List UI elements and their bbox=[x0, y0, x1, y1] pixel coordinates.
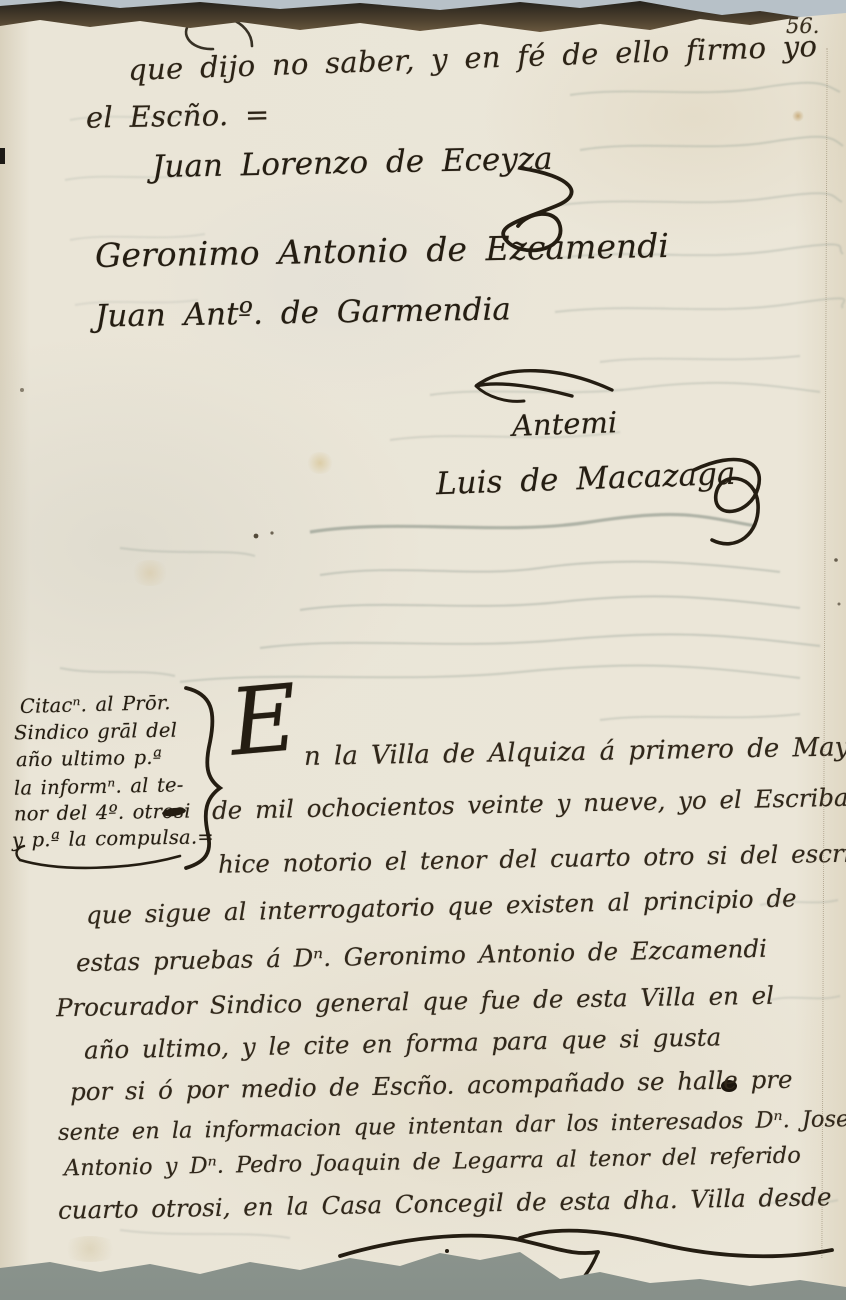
body-line: cuarto otrosi, en la Casa Concegil de es… bbox=[58, 1183, 832, 1225]
signature-ezcamendi: Geronimo Antonio de Ezcamendi bbox=[95, 227, 669, 275]
body-line: de mil ochocientos veinte y nueve, yo el… bbox=[212, 783, 846, 825]
notary-signature: Luis de Macazaga bbox=[435, 457, 736, 503]
body-line: n la Villa de Alquiza á primero de Mayo bbox=[304, 733, 846, 773]
opening-line: el Escño. = bbox=[86, 98, 270, 135]
signature-garmendia: Juan Antº. de Garmendia bbox=[95, 292, 511, 335]
margin-note-line: la informⁿ. al te- bbox=[14, 774, 184, 800]
ante-mi-label: Antemi bbox=[511, 406, 617, 443]
opening-line: que dijo no saber, y en fé de ello firmo… bbox=[128, 30, 818, 87]
margin-note-line: año ultimo p.ª bbox=[16, 747, 163, 772]
body-line: por si ó por medio de Escño. acompañado … bbox=[70, 1066, 793, 1107]
body-line: sente en la informacion que intentan dar… bbox=[58, 1107, 846, 1147]
body-line: año ultimo, y le cite en forma para que … bbox=[84, 1023, 722, 1065]
body-line: que sigue al interrogatorio que existen … bbox=[86, 884, 797, 930]
margin-note-line: nor del 4º. otrosi bbox=[14, 800, 191, 826]
document-page: 56. que dijo no saber, y en fé de ello f… bbox=[0, 0, 846, 1300]
paper-stain bbox=[792, 110, 804, 122]
paper-stain bbox=[306, 452, 334, 474]
scanned-manuscript-page: { "page": { "number": "56.", "opening_li… bbox=[0, 0, 846, 1300]
binding-edge-mark bbox=[0, 148, 5, 164]
drop-cap-initial: E bbox=[227, 681, 300, 760]
margin-note-line: Sindico grāl del bbox=[14, 720, 177, 745]
signature-eceyza: Juan Lorenzo de Eceyza bbox=[152, 142, 553, 186]
body-line: Procurador Sindico general que fue de es… bbox=[56, 982, 774, 1023]
body-line: estas pruebas á Dⁿ. Geronimo Antonio de … bbox=[76, 935, 767, 978]
paper-stain bbox=[130, 560, 170, 586]
margin-note-line: Citacⁿ. al Prōr. bbox=[20, 692, 171, 718]
body-line: hice notorio el tenor del cuarto otro si… bbox=[218, 839, 846, 879]
margin-note-line: y p.ª la compulsa.= bbox=[12, 826, 214, 852]
body-line: Antonio y Dⁿ. Pedro Joaquin de Legarra a… bbox=[64, 1144, 801, 1183]
paper-stain bbox=[60, 1236, 120, 1262]
fold-crease-line bbox=[821, 48, 829, 1258]
